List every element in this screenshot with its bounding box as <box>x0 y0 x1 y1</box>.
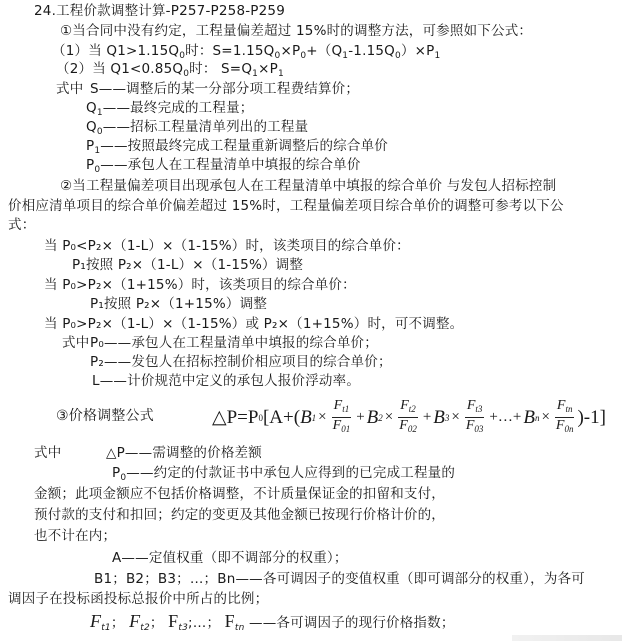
def-p0-2: P₀——承包人在工程量清单中填报的综合单价； <box>90 334 378 352</box>
def-p0-3-line2: 金额；此项金额应不包括价格调整，不计质量保证金的扣留和支付， <box>34 485 445 503</box>
def-b-line2: 调因子在投标函投标总报价中所占的比例； <box>8 590 268 608</box>
fraction-n: FtnF0n <box>554 398 576 437</box>
section2-where-label: 式中 <box>62 334 89 352</box>
section3-where-label: 式中 <box>34 444 61 462</box>
fraction-3: Ft3F03 <box>464 398 486 437</box>
fraction-2: Ft2F02 <box>397 398 419 437</box>
def-b-line1: B1；B2；B3；…；Bn——各可调因子的变值权重（即可调部分的权重），为各可 <box>94 570 585 588</box>
section3-label: ③价格调整公式 <box>56 407 154 425</box>
def-p0-3-line1: P0——约定的付款证书中承包人应得到的已完成工程量的 <box>112 464 455 487</box>
condition-2-result: P₁按照 P₂×（1+15%）调整 <box>90 295 267 313</box>
watermark <box>512 635 622 641</box>
def-delta-p: △P——需调整的价格差额 <box>106 444 262 462</box>
def-p0-3-line3: 预付款的支付和扣回；约定的变更及其他金额已按现行价格计价的， <box>34 506 445 524</box>
section2-intro-line1: ②当工程量偏差项目出现承包人在工程量清单中填报的综合单价 与发包人招标控制 <box>60 177 556 195</box>
condition-1: 当 P₀<P₂×（1-L）×（1-15%）时，该类项目的综合单价： <box>44 237 410 255</box>
def-p2: P₂——发包人在招标控制价相应项目的综合单价； <box>90 353 392 371</box>
section2-intro-line3: 式： <box>8 216 35 234</box>
condition-2: 当 P₀>P₂×（1+15%）时，该类项目的综合单价： <box>44 276 356 294</box>
def-f: Ft1； Ft2； Ft3;…； Ftn ——各可调因子的现行价格指数； <box>90 612 455 637</box>
price-adjustment-formula: △P=P0[A+( B1× Ft1F01 +B2× Ft2F02 +B3× Ft… <box>212 398 606 437</box>
def-p0: P0——承包人在工程量清单中填报的综合单价 <box>86 156 361 179</box>
section1-intro: ①当合同中没有约定，工程量偏差超过 15%时的调整方法，可参照如下公式： <box>60 22 532 40</box>
def-l: L——计价规范中定义的承包人报价浮动率。 <box>92 372 360 390</box>
document-title: 24.工程价款调整计算-P257-P258-P259 <box>34 2 285 20</box>
def-p0-3-line4: 也不计在内； <box>34 527 116 545</box>
def-s: S——调整后的某一分部分项工程费结算价； <box>90 80 359 98</box>
section2-intro-line2: 价相应清单项目的综合单价偏差超过 15%时，工程量偏差项目综合单价的调整可参考以… <box>8 197 564 215</box>
section1-where-label: 式中 <box>56 80 83 98</box>
def-a: A——定值权重（即不调部分的权重）； <box>112 549 348 567</box>
condition-3: 当 P₀>P₂×（1-L）×（1-15%）或 P₂×（1+15%）时，可不调整。 <box>44 315 463 333</box>
fraction-1: Ft1F01 <box>331 398 353 437</box>
condition-1-result: P₁按照 P₂×（1-L）×（1-15%）调整 <box>72 256 303 274</box>
